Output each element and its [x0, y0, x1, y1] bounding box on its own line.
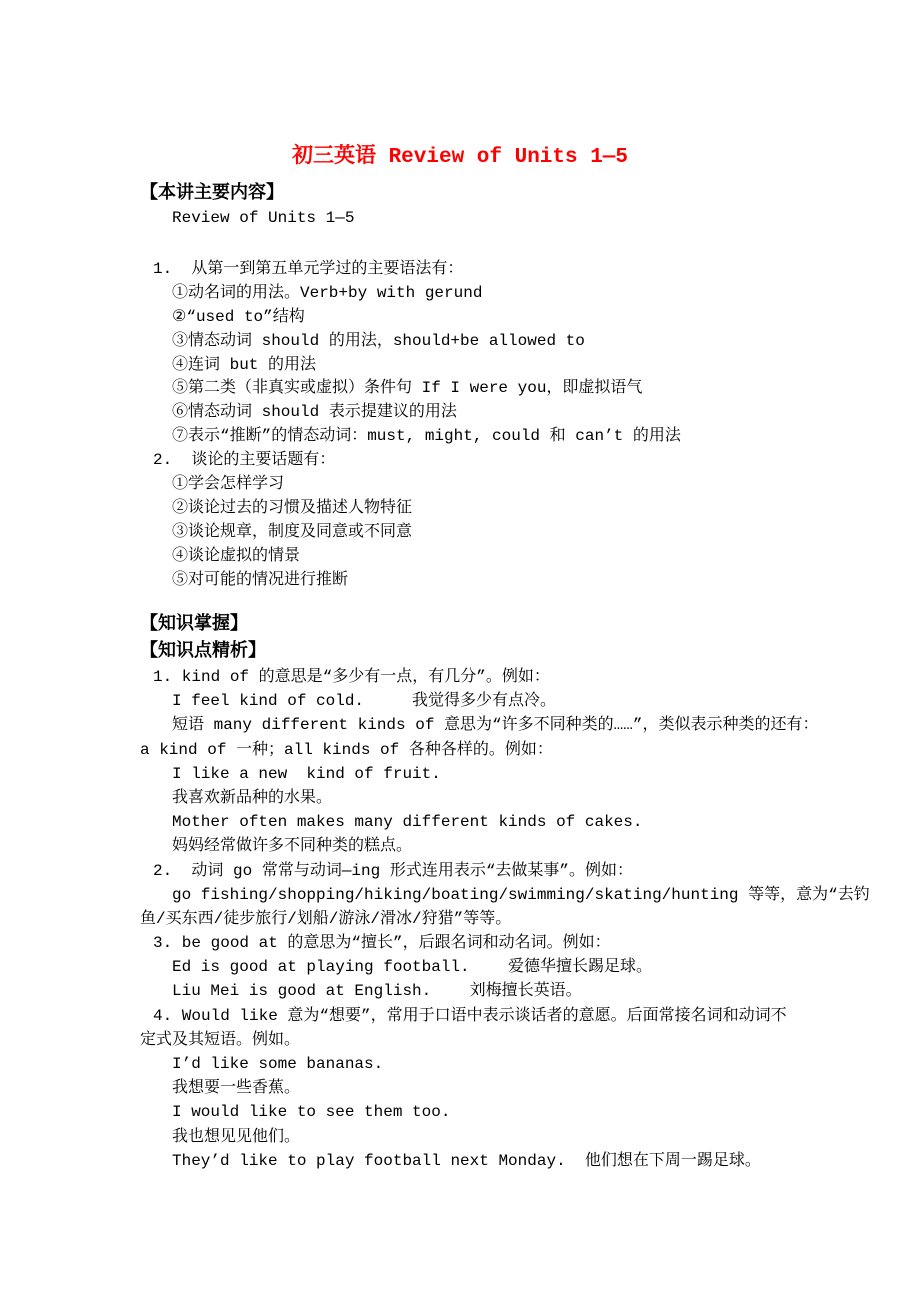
knowledge-point-line: 定式及其短语。例如。	[0, 1028, 920, 1052]
knowledge-point-line: a kind of 一种；all kinds of 各种各样的。例如：	[0, 738, 920, 762]
knowledge-point-line: 我也想见见他们。	[0, 1125, 920, 1149]
knowledge-point-line: 妈妈经常做许多不同种类的糕点。	[0, 834, 920, 858]
knowledge-point-line: I feel kind of cold. 我觉得多少有点冷。	[0, 689, 920, 713]
knowledge-point-line: 1. kind of 的意思是“多少有一点，有几分”。例如：	[0, 665, 920, 689]
topic-item: ①学会怎样学习	[0, 473, 920, 497]
knowledge-point-line: I would like to see them too.	[0, 1100, 920, 1124]
knowledge-point-line: Ed is good at playing football. 爱德华擅长踢足球…	[0, 955, 920, 979]
knowledge-point-line: go fishing/shopping/hiking/boating/swimm…	[0, 883, 920, 907]
grammar-item: ①动名词的用法。Verb+by with gerund	[0, 282, 920, 306]
knowledge-point-line: I like a new kind of fruit.	[0, 762, 920, 786]
document-page: 初三英语 Review of Units 1—5 【本讲主要内容】 Review…	[0, 0, 920, 1302]
intro-block: Review of Units 1—5	[0, 207, 920, 231]
grammar-item: ⑤第二类（非真实或虚拟）条件句 If I were you，即虚拟语气	[0, 377, 920, 401]
grammar-item: ④连词 but 的用法	[0, 354, 920, 378]
topics-heading: 2. 谈论的主要话题有：	[0, 449, 920, 473]
knowledge-point-line: Liu Mei is good at English. 刘梅擅长英语。	[0, 979, 920, 1003]
knowledge-point-line: 4. Would like 意为“想要”，常用于口语中表示谈话者的意愿。后面常接…	[0, 1004, 920, 1028]
grammar-topics-block: 1. 从第一到第五单元学过的主要语法有： ①动名词的用法。Verb+by wit…	[0, 258, 920, 592]
knowledge-point-line: They’d like to play football next Monday…	[0, 1149, 920, 1173]
grammar-item: ⑥情态动词 should 表示提建议的用法	[0, 401, 920, 425]
knowledge-point-line: 2. 动词 go 常常与动词—ing 形式连用表示“去做某事”。例如：	[0, 859, 920, 883]
knowledge-point-line: 我想要一些香蕉。	[0, 1076, 920, 1100]
knowledge-point-line: 我喜欢新品种的水果。	[0, 786, 920, 810]
section-header-main-content: 【本讲主要内容】	[140, 182, 284, 206]
topic-item: ②谈论过去的习惯及描述人物特征	[0, 497, 920, 521]
topic-item: ③谈论规章，制度及同意或不同意	[0, 521, 920, 545]
knowledge-point-line: 鱼/买东西/徒步旅行/划船/游泳/滑冰/狩猎”等等。	[0, 907, 920, 931]
knowledge-point-line: 3. be good at 的意思为“擅长”，后跟名词和动名词。例如：	[0, 931, 920, 955]
grammar-item: ⑦表示“推断”的情态动词：must, might, could 和 can’t …	[0, 425, 920, 449]
knowledge-points-block: 1. kind of 的意思是“多少有一点，有几分”。例如： I feel ki…	[0, 665, 920, 1173]
topic-item: ⑤对可能的情况进行推断	[0, 569, 920, 593]
knowledge-point-line: 短语 many different kinds of 意思为“许多不同种类的………	[0, 713, 920, 737]
section-header-knowledge-points: 【知识点精析】	[140, 640, 266, 664]
section-header-knowledge: 【知识掌握】	[140, 613, 248, 637]
intro-line: Review of Units 1—5	[0, 207, 920, 231]
grammar-item: ②“used to”结构	[0, 306, 920, 330]
knowledge-point-line: Mother often makes many different kinds …	[0, 810, 920, 834]
grammar-item: ③情态动词 should 的用法，should+be allowed to	[0, 330, 920, 354]
knowledge-point-line: I’d like some bananas.	[0, 1052, 920, 1076]
topic-item: ④谈论虚拟的情景	[0, 545, 920, 569]
document-title: 初三英语 Review of Units 1—5	[0, 145, 920, 171]
grammar-heading: 1. 从第一到第五单元学过的主要语法有：	[0, 258, 920, 282]
